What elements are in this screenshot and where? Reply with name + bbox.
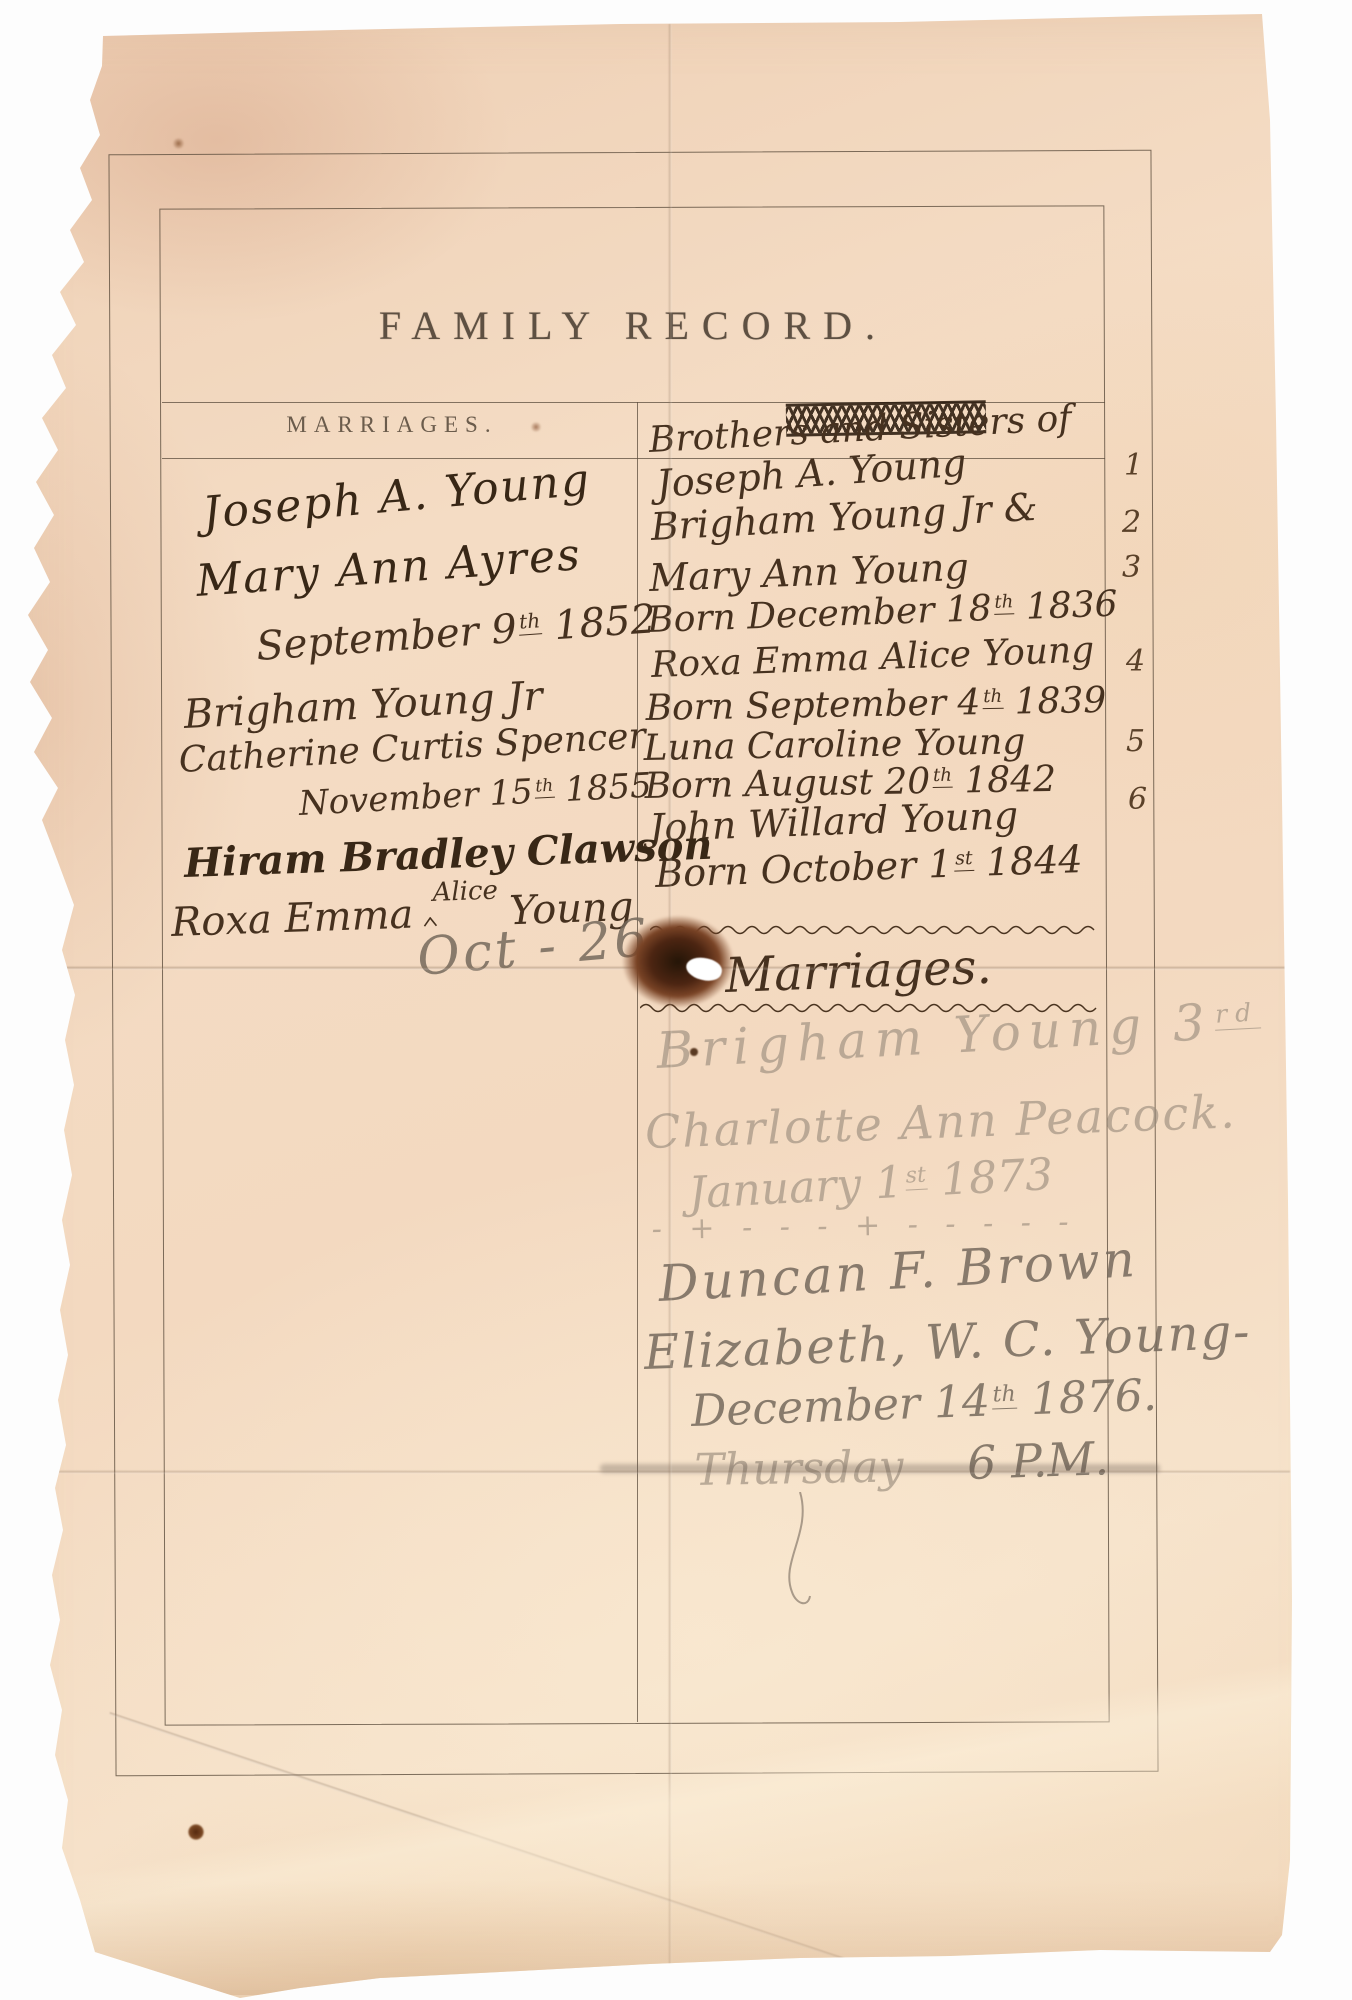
- date-text: December 14: [690, 1376, 991, 1437]
- date-year: 1855: [553, 766, 652, 811]
- ink-speck: [690, 1048, 698, 1056]
- pencil-time: 6 P.M.: [966, 1431, 1110, 1490]
- date-year: 1852: [540, 596, 657, 650]
- ordinal-suffix: th: [991, 1381, 1017, 1409]
- left-column-header: MARRIAGES.: [162, 412, 622, 438]
- ordinal-suffix: th: [517, 608, 542, 636]
- stain-speck: [530, 422, 542, 432]
- bottom-edge-shading: [60, 1880, 1300, 1995]
- ordinal-suffix: th: [982, 686, 1003, 709]
- date-year: 1844: [973, 837, 1083, 885]
- margin-number-4: 4: [1126, 644, 1145, 679]
- margin-number-6: 6: [1128, 782, 1147, 817]
- ordinal-suffix: st: [904, 1162, 928, 1190]
- date-year: 1836: [1014, 584, 1118, 629]
- margin-number-5: 5: [1126, 724, 1145, 759]
- crease-smudge: [600, 1464, 1160, 1473]
- burn-speck: [188, 1824, 204, 1840]
- stain-speck: [172, 138, 185, 149]
- ordinal-suffix: th: [993, 592, 1015, 616]
- ordinal-suffix: st: [954, 847, 974, 872]
- burn-hole: [600, 902, 750, 1044]
- ordinal-suffix: th: [932, 765, 953, 788]
- margin-number-1: 1: [1124, 448, 1143, 483]
- scanned-document: FAMILY RECORD. MARRIAGES. Brothers and S…: [0, 0, 1352, 2000]
- torn-paper-sheet: FAMILY RECORD. MARRIAGES. Brothers and S…: [0, 0, 1352, 2000]
- ordinal-suffix: rd: [1213, 997, 1261, 1030]
- lower-section-heading: Marriages.: [724, 939, 992, 1004]
- date-year: 1873: [926, 1149, 1054, 1207]
- burn-stain: [600, 902, 750, 1044]
- margin-number-3: 3: [1122, 550, 1141, 585]
- margin-number-2: 2: [1122, 505, 1141, 540]
- page-title: FAMILY RECORD.: [162, 302, 1105, 349]
- pencil-flourish-icon: [778, 1492, 818, 1622]
- date-text: Born September 4: [645, 682, 980, 729]
- ordinal-suffix: th: [534, 776, 555, 799]
- bride-name-part: Roxa Emma: [170, 892, 414, 946]
- date-year: 1839: [1003, 680, 1107, 723]
- inserted-word: Alice: [432, 876, 498, 908]
- date-year: 1876.: [1016, 1370, 1158, 1426]
- sibling-row-birthdate-2: Born September 4th 1839: [645, 680, 1106, 729]
